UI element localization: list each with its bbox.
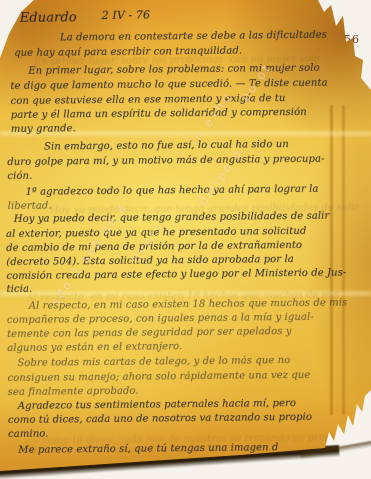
handwriting-layer: Eduardo 2 IV - 76 En primer lugar, sobre…	[0, 0, 371, 479]
letter-line: (decreto 504). Esta solicitud ya ha sido…	[6, 254, 294, 268]
letter-date: 2 IV - 76	[102, 9, 151, 22]
letter-line: al exterior, puesto que ya que he presen…	[6, 226, 306, 240]
letter-line: Sin embargo, esto no fue así, lo cual ha…	[44, 139, 289, 153]
scanned-letter: 56 Eduardo 2 IV - 76 En primer lugar, so…	[0, 0, 371, 479]
letter-line: libertad.	[8, 200, 52, 211]
letter-line: con que estuviese ella en ese momento y …	[10, 93, 285, 107]
letter-line: muy grande.	[11, 123, 76, 135]
letter-line: Sobre todas mis cartas de talego, y de l…	[17, 355, 290, 369]
letter-line: Hoy ya puedo decir, que tengo grandes po…	[14, 210, 330, 224]
letter-line: te digo que lamento mucho lo que sucedió…	[10, 78, 327, 92]
letter-line: temente con las penas de seguridad por s…	[7, 326, 292, 340]
letter-line: Al respecto, en mi caso existen 18 hecho…	[29, 297, 348, 311]
letter-line: algunos ya están en el extranjero.	[7, 341, 182, 354]
letter-line: como tú dices, cada uno de nosotros va t…	[8, 412, 312, 426]
letter-line: compañeros de proceso, con iguales penas…	[7, 312, 314, 326]
letter-line: camino.	[8, 428, 49, 439]
letter-line: Me parece extraño sí, que tú tengas una …	[18, 442, 278, 456]
letter-line: duro golpe para mí, y un motivo más de a…	[7, 154, 324, 168]
letter-line: consiguen su manejo; ahora solo rápidame…	[7, 370, 310, 384]
letter-line: ticia.	[6, 284, 32, 295]
letter-line: de cambio de mi pena de prisión por la d…	[6, 240, 302, 254]
letter-line: Agradezco tus sentimientos paternales ha…	[18, 398, 296, 412]
letter-line: La demora en contestarte se debe a las d…	[60, 30, 327, 44]
letter-line: ción.	[7, 171, 32, 182]
letter-line: comisión creada para este efecto y luego…	[6, 267, 346, 282]
letter-line: 1º agradezco todo lo que has hecho ya ah…	[25, 184, 318, 198]
letter-line: sea finalmente aprobado.	[8, 385, 139, 397]
letter-paper: Eduardo 2 IV - 76 En primer lugar, sobre…	[0, 0, 371, 479]
recipient-name: Eduardo	[20, 11, 77, 26]
letter-line: En primer lugar, sobre los problemas: co…	[28, 63, 319, 77]
letter-line: parte y él llama un espíritu de solidari…	[11, 107, 307, 121]
